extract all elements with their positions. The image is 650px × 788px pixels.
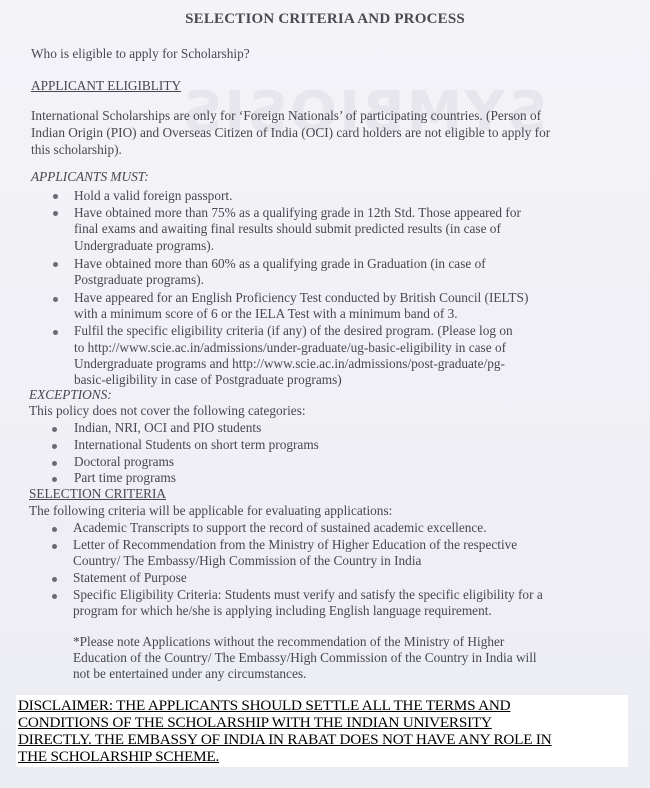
bullet-icon (52, 544, 57, 549)
paragraph-line: this scholarship). (31, 142, 122, 159)
note-line: Education of the Country/ The Embassy/Hi… (73, 650, 537, 667)
disclaimer-line: THE SCHOLARSHIP SCHEME. (18, 748, 219, 766)
bullet-icon (52, 477, 57, 482)
bullet-icon (53, 211, 58, 216)
list-item-continuation: basic-eligibility in case of Postgraduat… (74, 372, 342, 389)
list-item: Have obtained more than 75% as a qualify… (74, 205, 521, 222)
disclaimer-line: DISCLAIMER: THE APPLICANTS SHOULD SETTLE… (18, 697, 510, 715)
list-item-continuation: Undergraduate programs). (74, 238, 214, 255)
bullet-icon (52, 444, 57, 449)
list-item: Letter of Recommendation from the Minist… (73, 537, 517, 554)
list-item: Academic Transcripts to support the reco… (73, 520, 487, 537)
list-item-continuation: final exams and awaiting final results s… (74, 221, 501, 238)
list-item-continuation: Postgraduate programs). (74, 272, 204, 289)
list-item-continuation: Undergraduate programs and http://www.sc… (74, 356, 505, 373)
bullet-icon (52, 427, 57, 432)
list-item: Have appeared for an English Proficiency… (74, 290, 528, 307)
bullet-icon (53, 194, 58, 199)
selection-criteria-intro: The following criteria will be applicabl… (29, 503, 392, 520)
paragraph-line: Indian Origin (PIO) and Overseas Citizen… (31, 125, 550, 142)
bullet-icon (52, 461, 57, 466)
list-item: Have obtained more than 60% as a qualify… (74, 256, 486, 273)
scanned-document-page: SYMBIOSIS SELECTION CRITERIA AND PROCESS… (0, 0, 650, 788)
list-item: Fulfil the specific eligibility criteria… (74, 323, 513, 340)
disclaimer-line: DIRECTLY. THE EMBASSY OF INDIA IN RABAT … (18, 731, 552, 749)
applicant-eligibility-heading: APPLICANT ELIGIBLITY (31, 78, 181, 95)
bullet-icon (53, 297, 58, 302)
bullet-icon (53, 262, 58, 267)
exceptions-intro: This policy does not cover the following… (29, 403, 306, 420)
applicants-must-heading: APPLICANTS MUST: (31, 169, 149, 186)
list-item-continuation: with a minimum score of 6 or the IELA Te… (74, 306, 458, 323)
bullet-icon (52, 527, 57, 532)
selection-criteria-heading: SELECTION CRITERIA (29, 486, 166, 503)
exceptions-heading: EXCEPTIONS: (29, 387, 112, 404)
list-item: Specific Eligibility Criteria: Students … (73, 587, 543, 604)
note-line: *Please note Applications without the re… (73, 634, 504, 651)
bullet-icon (52, 577, 57, 582)
list-item: Doctoral programs (74, 454, 174, 471)
list-item-continuation: Country/ The Embassy/High Commission of … (73, 553, 421, 570)
list-item-continuation: to http://www.scie.ac.in/admissions/unde… (74, 340, 506, 357)
bullet-icon (53, 330, 58, 335)
disclaimer-line: CONDITIONS OF THE SCHOLARSHIP WITH THE I… (18, 714, 492, 732)
list-item: Part time programs (74, 470, 176, 487)
note-line: not be entertained under any circumstanc… (73, 666, 306, 683)
list-item: Hold a valid foreign passport. (74, 188, 232, 205)
list-item-continuation: program for which he/she is applying inc… (73, 603, 492, 620)
eligibility-question: Who is eligible to apply for Scholarship… (31, 46, 250, 63)
paragraph-line: International Scholarships are only for … (31, 108, 541, 125)
document-title: SELECTION CRITERIA AND PROCESS (0, 11, 650, 28)
list-item: International Students on short term pro… (74, 437, 319, 454)
list-item: Statement of Purpose (73, 570, 187, 587)
list-item: Indian, NRI, OCI and PIO students (74, 420, 261, 437)
bullet-icon (52, 594, 57, 599)
